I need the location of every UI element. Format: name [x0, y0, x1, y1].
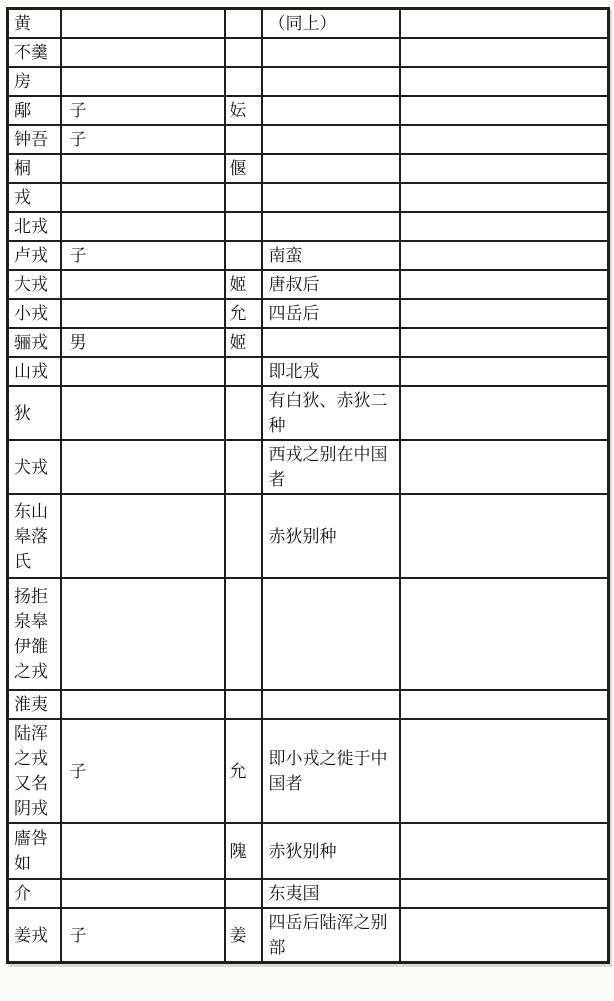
table-cell-note: 赤狄别种 — [262, 823, 400, 879]
table-cell-rank — [61, 823, 225, 879]
table-cell-surname — [225, 125, 262, 154]
table-cell-note — [262, 212, 400, 241]
table-cell-state-name: 小戎 — [8, 299, 61, 328]
table-row: 大戎姬唐叔后 — [8, 270, 609, 299]
table-cell-surname — [225, 690, 262, 719]
table-row: 戎 — [8, 183, 609, 212]
table-row: 廧咎如隗赤狄别种 — [8, 823, 609, 879]
table-cell-extra — [400, 440, 609, 494]
table-cell-note: 即北戎 — [262, 357, 400, 386]
table-cell-rank — [61, 690, 225, 719]
table-row: 扬拒泉皋伊雒之戎 — [8, 578, 609, 690]
table-cell-rank — [61, 357, 225, 386]
table-cell-state-name: 卢戎 — [8, 241, 61, 270]
table-row: 小戎允四岳后 — [8, 299, 609, 328]
table-cell-note: 即小戎之徙于中国者 — [262, 719, 400, 823]
table-cell-surname — [225, 357, 262, 386]
table-cell-note: 四岳后陆浑之别部 — [262, 908, 400, 963]
table-cell-state-name: 大戎 — [8, 270, 61, 299]
states-table: 黄（同上）不羹房鄅子妘钟吾子桐偃戎北戎卢戎子南蛮大戎姬唐叔后小戎允四岳后骊戎男姬… — [6, 7, 610, 964]
table-cell-state-name: 不羹 — [8, 38, 61, 67]
table-cell-surname — [225, 494, 262, 578]
table-row: 犬戎西戎之别在中国者 — [8, 440, 609, 494]
table-cell-surname: 隗 — [225, 823, 262, 879]
table-row: 陆浑之戎又名阴戎子允即小戎之徙于中国者 — [8, 719, 609, 823]
table-cell-note — [262, 690, 400, 719]
table-cell-state-name: 戎 — [8, 183, 61, 212]
table-cell-surname — [225, 212, 262, 241]
table-cell-surname — [225, 183, 262, 212]
table-cell-note — [262, 183, 400, 212]
table-cell-note — [262, 154, 400, 183]
table-cell-note: 赤狄别种 — [262, 494, 400, 578]
table-cell-rank — [61, 494, 225, 578]
table-cell-surname — [225, 578, 262, 690]
table-row: 不羹 — [8, 38, 609, 67]
table-cell-surname: 妘 — [225, 96, 262, 125]
table-row: 卢戎子南蛮 — [8, 241, 609, 270]
table-cell-state-name: 介 — [8, 879, 61, 908]
table-cell-rank — [61, 386, 225, 440]
table-cell-rank — [61, 154, 225, 183]
table-cell-state-name: 骊戎 — [8, 328, 61, 357]
table-cell-surname: 允 — [225, 299, 262, 328]
table-row: 山戎即北戎 — [8, 357, 609, 386]
table-cell-note: （同上） — [262, 9, 400, 39]
table-cell-extra — [400, 212, 609, 241]
table-cell-state-name: 钟吾 — [8, 125, 61, 154]
table-cell-state-name: 东山皋落氏 — [8, 494, 61, 578]
table-cell-state-name: 狄 — [8, 386, 61, 440]
table-row: 钟吾子 — [8, 125, 609, 154]
table-cell-extra — [400, 299, 609, 328]
table-cell-surname — [225, 241, 262, 270]
table-cell-state-name: 鄅 — [8, 96, 61, 125]
table-cell-surname: 姜 — [225, 908, 262, 963]
table-cell-rank — [61, 440, 225, 494]
table-cell-rank — [61, 38, 225, 67]
scan-page: 黄（同上）不羹房鄅子妘钟吾子桐偃戎北戎卢戎子南蛮大戎姬唐叔后小戎允四岳后骊戎男姬… — [0, 0, 614, 1001]
table-cell-rank — [61, 879, 225, 908]
table-cell-rank: 子 — [61, 96, 225, 125]
table-cell-surname — [225, 38, 262, 67]
table-row: 骊戎男姬 — [8, 328, 609, 357]
table-cell-rank — [61, 578, 225, 690]
table-cell-note — [262, 125, 400, 154]
table-cell-surname — [225, 67, 262, 96]
table-cell-note — [262, 38, 400, 67]
table-cell-note: 西戎之别在中国者 — [262, 440, 400, 494]
table-cell-note — [262, 328, 400, 357]
table-cell-state-name: 黄 — [8, 9, 61, 39]
table-cell-rank — [61, 212, 225, 241]
table-row: 介东夷国 — [8, 879, 609, 908]
table-cell-note — [262, 578, 400, 690]
table-cell-state-name: 桐 — [8, 154, 61, 183]
table-cell-state-name: 淮夷 — [8, 690, 61, 719]
table-cell-surname — [225, 9, 262, 39]
table-cell-extra — [400, 690, 609, 719]
table-cell-rank: 子 — [61, 241, 225, 270]
table-body: 黄（同上）不羹房鄅子妘钟吾子桐偃戎北戎卢戎子南蛮大戎姬唐叔后小戎允四岳后骊戎男姬… — [8, 9, 609, 963]
table-row: 鄅子妘 — [8, 96, 609, 125]
table-cell-state-name: 扬拒泉皋伊雒之戎 — [8, 578, 61, 690]
table-cell-note — [262, 67, 400, 96]
table-cell-extra — [400, 154, 609, 183]
table-cell-note: 有白狄、赤狄二种 — [262, 386, 400, 440]
table-cell-rank: 子 — [61, 125, 225, 154]
table-cell-extra — [400, 270, 609, 299]
table-cell-state-name: 犬戎 — [8, 440, 61, 494]
table-cell-extra — [400, 908, 609, 963]
table-row: 姜戎子姜四岳后陆浑之别部 — [8, 908, 609, 963]
table-cell-extra — [400, 494, 609, 578]
table-cell-note — [262, 96, 400, 125]
table-row: 北戎 — [8, 212, 609, 241]
table-cell-note: 东夷国 — [262, 879, 400, 908]
table-cell-extra — [400, 9, 609, 39]
table-row: 黄（同上） — [8, 9, 609, 39]
table-row: 狄有白狄、赤狄二种 — [8, 386, 609, 440]
table-cell-note: 南蛮 — [262, 241, 400, 270]
table-cell-state-name: 北戎 — [8, 212, 61, 241]
table-cell-state-name: 廧咎如 — [8, 823, 61, 879]
table-cell-surname: 姬 — [225, 328, 262, 357]
table-cell-extra — [400, 823, 609, 879]
table-cell-state-name: 姜戎 — [8, 908, 61, 963]
table-cell-rank: 子 — [61, 719, 225, 823]
table-cell-rank — [61, 299, 225, 328]
table-cell-extra — [400, 386, 609, 440]
table-cell-rank: 子 — [61, 908, 225, 963]
table-cell-surname — [225, 879, 262, 908]
table-cell-rank — [61, 67, 225, 96]
table-cell-surname — [225, 440, 262, 494]
table-cell-surname: 偃 — [225, 154, 262, 183]
table-cell-rank — [61, 270, 225, 299]
table-cell-extra — [400, 183, 609, 212]
table-cell-rank: 男 — [61, 328, 225, 357]
table-cell-state-name: 陆浑之戎又名阴戎 — [8, 719, 61, 823]
table-cell-note: 唐叔后 — [262, 270, 400, 299]
table-cell-extra — [400, 328, 609, 357]
table-cell-note: 四岳后 — [262, 299, 400, 328]
table-cell-extra — [400, 38, 609, 67]
table-row: 房 — [8, 67, 609, 96]
table-row: 淮夷 — [8, 690, 609, 719]
table-cell-extra — [400, 578, 609, 690]
table-cell-surname — [225, 386, 262, 440]
table-cell-extra — [400, 96, 609, 125]
table-cell-extra — [400, 67, 609, 96]
table-cell-extra — [400, 241, 609, 270]
table-cell-extra — [400, 879, 609, 908]
table-cell-extra — [400, 719, 609, 823]
table-cell-state-name: 山戎 — [8, 357, 61, 386]
table-cell-extra — [400, 357, 609, 386]
table-row: 桐偃 — [8, 154, 609, 183]
table-cell-state-name: 房 — [8, 67, 61, 96]
table-cell-surname: 姬 — [225, 270, 262, 299]
table-row: 东山皋落氏赤狄别种 — [8, 494, 609, 578]
table-cell-surname: 允 — [225, 719, 262, 823]
table-cell-extra — [400, 125, 609, 154]
table-cell-rank — [61, 9, 225, 39]
table-cell-rank — [61, 183, 225, 212]
